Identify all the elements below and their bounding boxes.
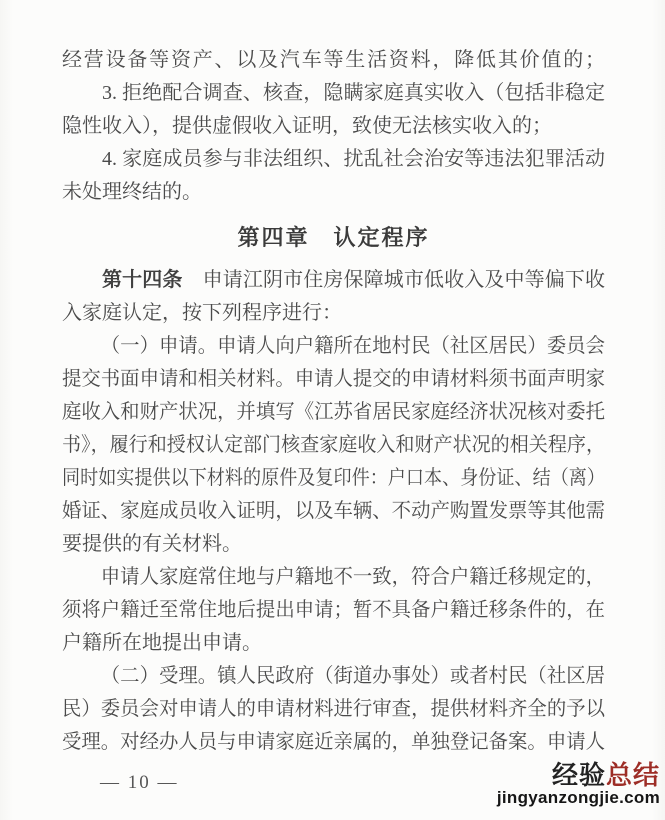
body-line: 民）委员会对申请人的申请材料进行审查，提供材料齐全的予以 xyxy=(62,693,589,726)
body-line: 4. 家庭成员参与非法组织、扰乱社会治安等违法犯罪活动 xyxy=(62,143,605,176)
paragraph-block-main: 第十四条 申请江阴市住房保障城市低收入及中等偏下收 入家庭认定，按下列程序进行：… xyxy=(62,264,605,759)
document-body: 经营设备等资产、以及汽车等生活资料，降低其价值的； 3. 拒绝配合调查、核查，隐… xyxy=(62,44,605,759)
line-text: 申请人家庭常住地与户籍地不一致，符合户籍迁移规定的， xyxy=(101,566,605,588)
body-line: 申请人家庭常住地与户籍地不一致，符合户籍迁移规定的， xyxy=(62,561,589,594)
line-text: 户籍所在地提出申请。 xyxy=(62,632,262,654)
line-text: 经营设备等资产、以及汽车等生活资料，降低其价值的； xyxy=(62,49,605,71)
chapter-heading: 第四章 认定程序 xyxy=(62,221,605,254)
line-text: 未处理终结的。 xyxy=(62,181,202,203)
line-text: 提交书面申请和相关材料。申请人提交的申请材料须书面声明家 xyxy=(62,368,605,390)
watermark-domain: jingyanzongjie.com xyxy=(497,789,660,807)
line-text: 申请江阴市住房保障城市低收入及中等偏下收 xyxy=(183,269,606,291)
body-line: 未处理终结的。 xyxy=(62,176,605,209)
body-line: 提交书面申请和相关材料。申请人提交的申请材料须书面声明家 xyxy=(62,363,589,396)
body-line: 婚证、家庭成员收入证明，以及车辆、不动产购置发票等其他需 xyxy=(62,495,589,528)
line-text: 同时如实提供以下材料的原件及复印件：户口本、身份证、结（离） xyxy=(62,467,605,489)
line-text: 要提供的有关材料。 xyxy=(62,533,242,555)
line-text: 4. 家庭成员参与非法组织、扰乱社会治安等违法犯罪活动 xyxy=(102,148,605,170)
body-line: 庭收入和财产状况，并填写《江苏省居民家庭经济状况核对委托 xyxy=(62,396,589,429)
line-text: 3. 拒绝配合调查、核查，隐瞒家庭真实收入（包括非稳定 xyxy=(102,82,605,104)
line-text: （二）受理。镇人民政府（街道办事处）或者村民（社区居 xyxy=(101,665,605,687)
body-line: 入家庭认定，按下列程序进行： xyxy=(62,297,605,330)
line-text: 民）委员会对申请人的申请材料进行审查，提供材料齐全的予以 xyxy=(62,698,605,720)
body-line: 要提供的有关材料。 xyxy=(62,528,605,561)
body-line: 户籍所在地提出申请。 xyxy=(62,627,605,660)
line-text: 婚证、家庭成员收入证明，以及车辆、不动产购置发票等其他需 xyxy=(62,500,605,522)
body-line: 第十四条 申请江阴市住房保障城市低收入及中等偏下收 xyxy=(62,264,605,297)
body-line: 受理。对经办人员与申请家庭近亲属的，单独登记备案。申请人 xyxy=(62,726,589,759)
body-line: 书》，履行和授权认定部门核查家庭收入和财产状况的相关程序， xyxy=(62,429,579,462)
body-line: 隐性收入），提供虚假收入证明，致使无法核实收入的； xyxy=(62,110,605,143)
paragraph-block-top: 经营设备等资产、以及汽车等生活资料，降低其价值的； 3. 拒绝配合调查、核查，隐… xyxy=(62,44,605,209)
line-text: 庭收入和财产状况，并填写《江苏省居民家庭经济状况核对委托 xyxy=(62,401,605,423)
article-number: 第十四条 xyxy=(102,269,183,291)
line-text: 受理。对经办人员与申请家庭近亲属的，单独登记备案。申请人 xyxy=(62,731,605,753)
line-text: 入家庭认定，按下列程序进行： xyxy=(62,302,342,324)
body-line: 须将户籍迁至常住地后提出申请；暂不具备户籍迁移条件的，在 xyxy=(62,594,589,627)
document-page: 经营设备等资产、以及汽车等生活资料，降低其价值的； 3. 拒绝配合调查、核查，隐… xyxy=(0,0,665,820)
line-text: （一）申请。申请人向户籍所在地村民（社区居民）委员会 xyxy=(101,335,605,357)
watermark-brand: 经验总结 xyxy=(497,762,660,789)
body-line: 经营设备等资产、以及汽车等生活资料，降低其价值的； xyxy=(62,44,605,77)
watermark: 经验总结 jingyanzongjie.com xyxy=(497,762,660,807)
line-text: 隐性收入），提供虚假收入证明，致使无法核实收入的； xyxy=(62,115,552,137)
line-text: 书》，履行和授权认定部门核查家庭收入和财产状况的相关程序， xyxy=(62,434,605,456)
body-line: 3. 拒绝配合调查、核查，隐瞒家庭真实收入（包括非稳定 xyxy=(62,77,605,110)
body-line: （一）申请。申请人向户籍所在地村民（社区居民）委员会 xyxy=(62,330,589,363)
watermark-brand-red-part: 总结 xyxy=(606,760,660,790)
body-line: （二）受理。镇人民政府（街道办事处）或者村民（社区居 xyxy=(62,660,589,693)
body-line: 同时如实提供以下材料的原件及复印件：户口本、身份证、结（离） xyxy=(62,462,553,495)
watermark-brand-black-part: 经验 xyxy=(552,760,606,790)
page-number: — 10 — xyxy=(100,772,179,794)
line-text: 须将户籍迁至常住地后提出申请；暂不具备户籍迁移条件的，在 xyxy=(62,599,605,621)
